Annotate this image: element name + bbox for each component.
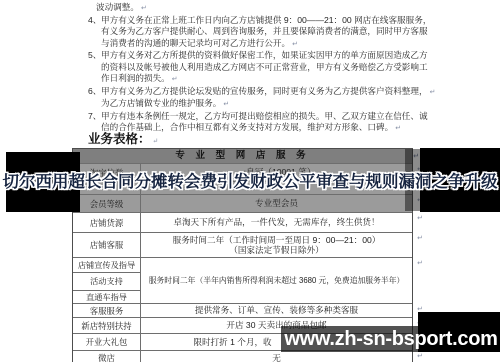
return-mark-icon: ↵ [417,352,423,360]
clause-continuation: 波动调整。↵ [88,2,433,15]
table-header-professional-shop-service: 专 业 型 网 店 服 务↵ [73,149,412,163]
watermark-url[interactable]: www.zh-sn-bsport.com [283,327,499,351]
table-row-member-level: 会员等级 专业型会员 ↵ [73,194,412,212]
return-mark-icon: ↵ [430,89,436,96]
news-headline[interactable]: 切尔西用超长合同分摊转会费引发财政公平审查与规则漏洞之争升级 [0,171,500,193]
clause-text: 波动调整。 [96,2,139,12]
value-line-2: （国家法定节假日除外） [229,245,324,256]
return-mark-icon: ↵ [417,214,423,222]
return-mark-icon: ↵ [292,41,298,48]
clause-4: 4、 甲方有义务在正常上班工作日内向乙方店铺提供 9：00——21：00 网店在… [88,15,433,51]
row-label: 新店特别扶持 [73,318,141,333]
section-heading-business-form: 业务表格：↵ [88,129,158,147]
merged-row-value: 服务时间二年（半年内销售所得利润未超过 3680 元，免费追加服务半年） [141,258,412,303]
row-label-promotion-guidance: 店铺宣传及指导 [73,258,140,272]
table-rowgroup-promotion-support: 店铺宣传及指导 活动支持 直通车指导 服务时间二年（半年内销售所得利润未超过 3… [73,257,412,303]
clause-text: 甲方有违本条例任一规定，乙方均可提出赔偿相应的损失。甲、乙双方建立在信任、诚 [101,111,433,123]
clause-6: 6、 甲方有义务为乙方提供论坛发贴的宣传服务，同时更有义务为乙方提供客户资料整理… [88,86,433,111]
clause-text: 与消费者的沟通的聊天记录均可对乙方进行公开。 [101,38,290,48]
clause-number: 7、 [88,111,101,123]
row-label: 店铺货源 [73,213,141,232]
row-label-through-train-guidance: 直通车指导 [73,290,140,303]
row-value: 无 [141,351,412,362]
clause-text: 有义务为乙方客户提供耐心、周到咨询服务，并且要保障消费者的满意，同时甲方客服 [101,26,433,38]
return-mark-icon: ↵ [417,234,423,242]
document-page: 波动调整。↵ 4、 甲方有义务在正常上班工作日内向乙方店铺提供 9：00——21… [0,0,500,362]
clause-text: 甲方有义务为乙方提供论坛发贴的宣传服务，同时更有义务为乙方提供客户资料整理， [101,86,428,96]
row-label: 客服服务 [73,304,141,317]
table-row-customer-service-offer: 客服服务 提供常务、订单、宣传、装修等多种类客服 ↵ [73,303,412,317]
contract-clauses: 波动调整。↵ 4、 甲方有义务在正常上班工作日内向乙方店铺提供 9：00——21… [88,2,433,135]
return-mark-icon: ↵ [223,101,229,108]
return-mark-icon: ↵ [141,5,147,12]
clause-number: 4、 [88,15,101,27]
return-mark-icon: ↵ [172,76,178,83]
row-label: 会员等级 [73,195,141,212]
row-value: 提供常务、订单、宣传、装修等多种类客服 [141,304,412,317]
clause-number: 6、 [88,86,101,98]
merged-row-labels: 店铺宣传及指导 活动支持 直通车指导 [73,258,141,303]
row-label: 微店 [73,351,141,362]
row-label: 店铺客服 [73,233,141,257]
row-value: 专业型会员 [141,195,412,212]
clause-5: 5、 甲方有义务对乙方所提供的资料做好保密工作，如果证实因甲方的单方面原因造成乙… [88,50,433,86]
return-mark-icon: ↵ [395,125,401,132]
return-mark-icon: ↵ [153,137,159,145]
value-line-1: 服务时间二年（工作时间周一至周日 9：00—21：00） [173,235,381,246]
clause-text: 作日利润的损失。 [101,73,170,83]
table-row-shop-supply: 店铺货源 卓淘天下所有产品，一件代发，无需库存，终生供货！ ↵ [73,212,412,232]
row-label: 开业大礼包 [73,334,141,350]
row-value: 卓淘天下所有产品，一件代发，无需库存，终生供货！ [141,213,412,232]
return-mark-icon: ↵ [417,259,423,267]
clause-text: 为乙方店铺做专业的维护服务。 [101,98,221,108]
clause-text: 的资料以及帐号被他人利用造成乙方网店不可正常营业，甲方有义务赔偿乙方受影响工 [101,62,433,74]
table-row-shop-customer-service: 店铺客服 服务时间二年（工作时间周一至周日 9：00—21：00） （国家法定节… [73,232,412,257]
clause-text: 甲方有义务在正常上班工作日内向乙方店铺提供 9：00——21：00 网店在线客服… [101,15,433,27]
clause-text: 甲方有义务对乙方所提供的资料做好保密工作，如果证实因甲方的单方面原因造成乙方 [101,50,433,62]
row-value: 服务时间二年（工作时间周一至周日 9：00—21：00） （国家法定节假日除外） [141,233,412,257]
clause-number: 5、 [88,50,101,62]
row-label-activity-support: 活动支持 [73,272,140,290]
